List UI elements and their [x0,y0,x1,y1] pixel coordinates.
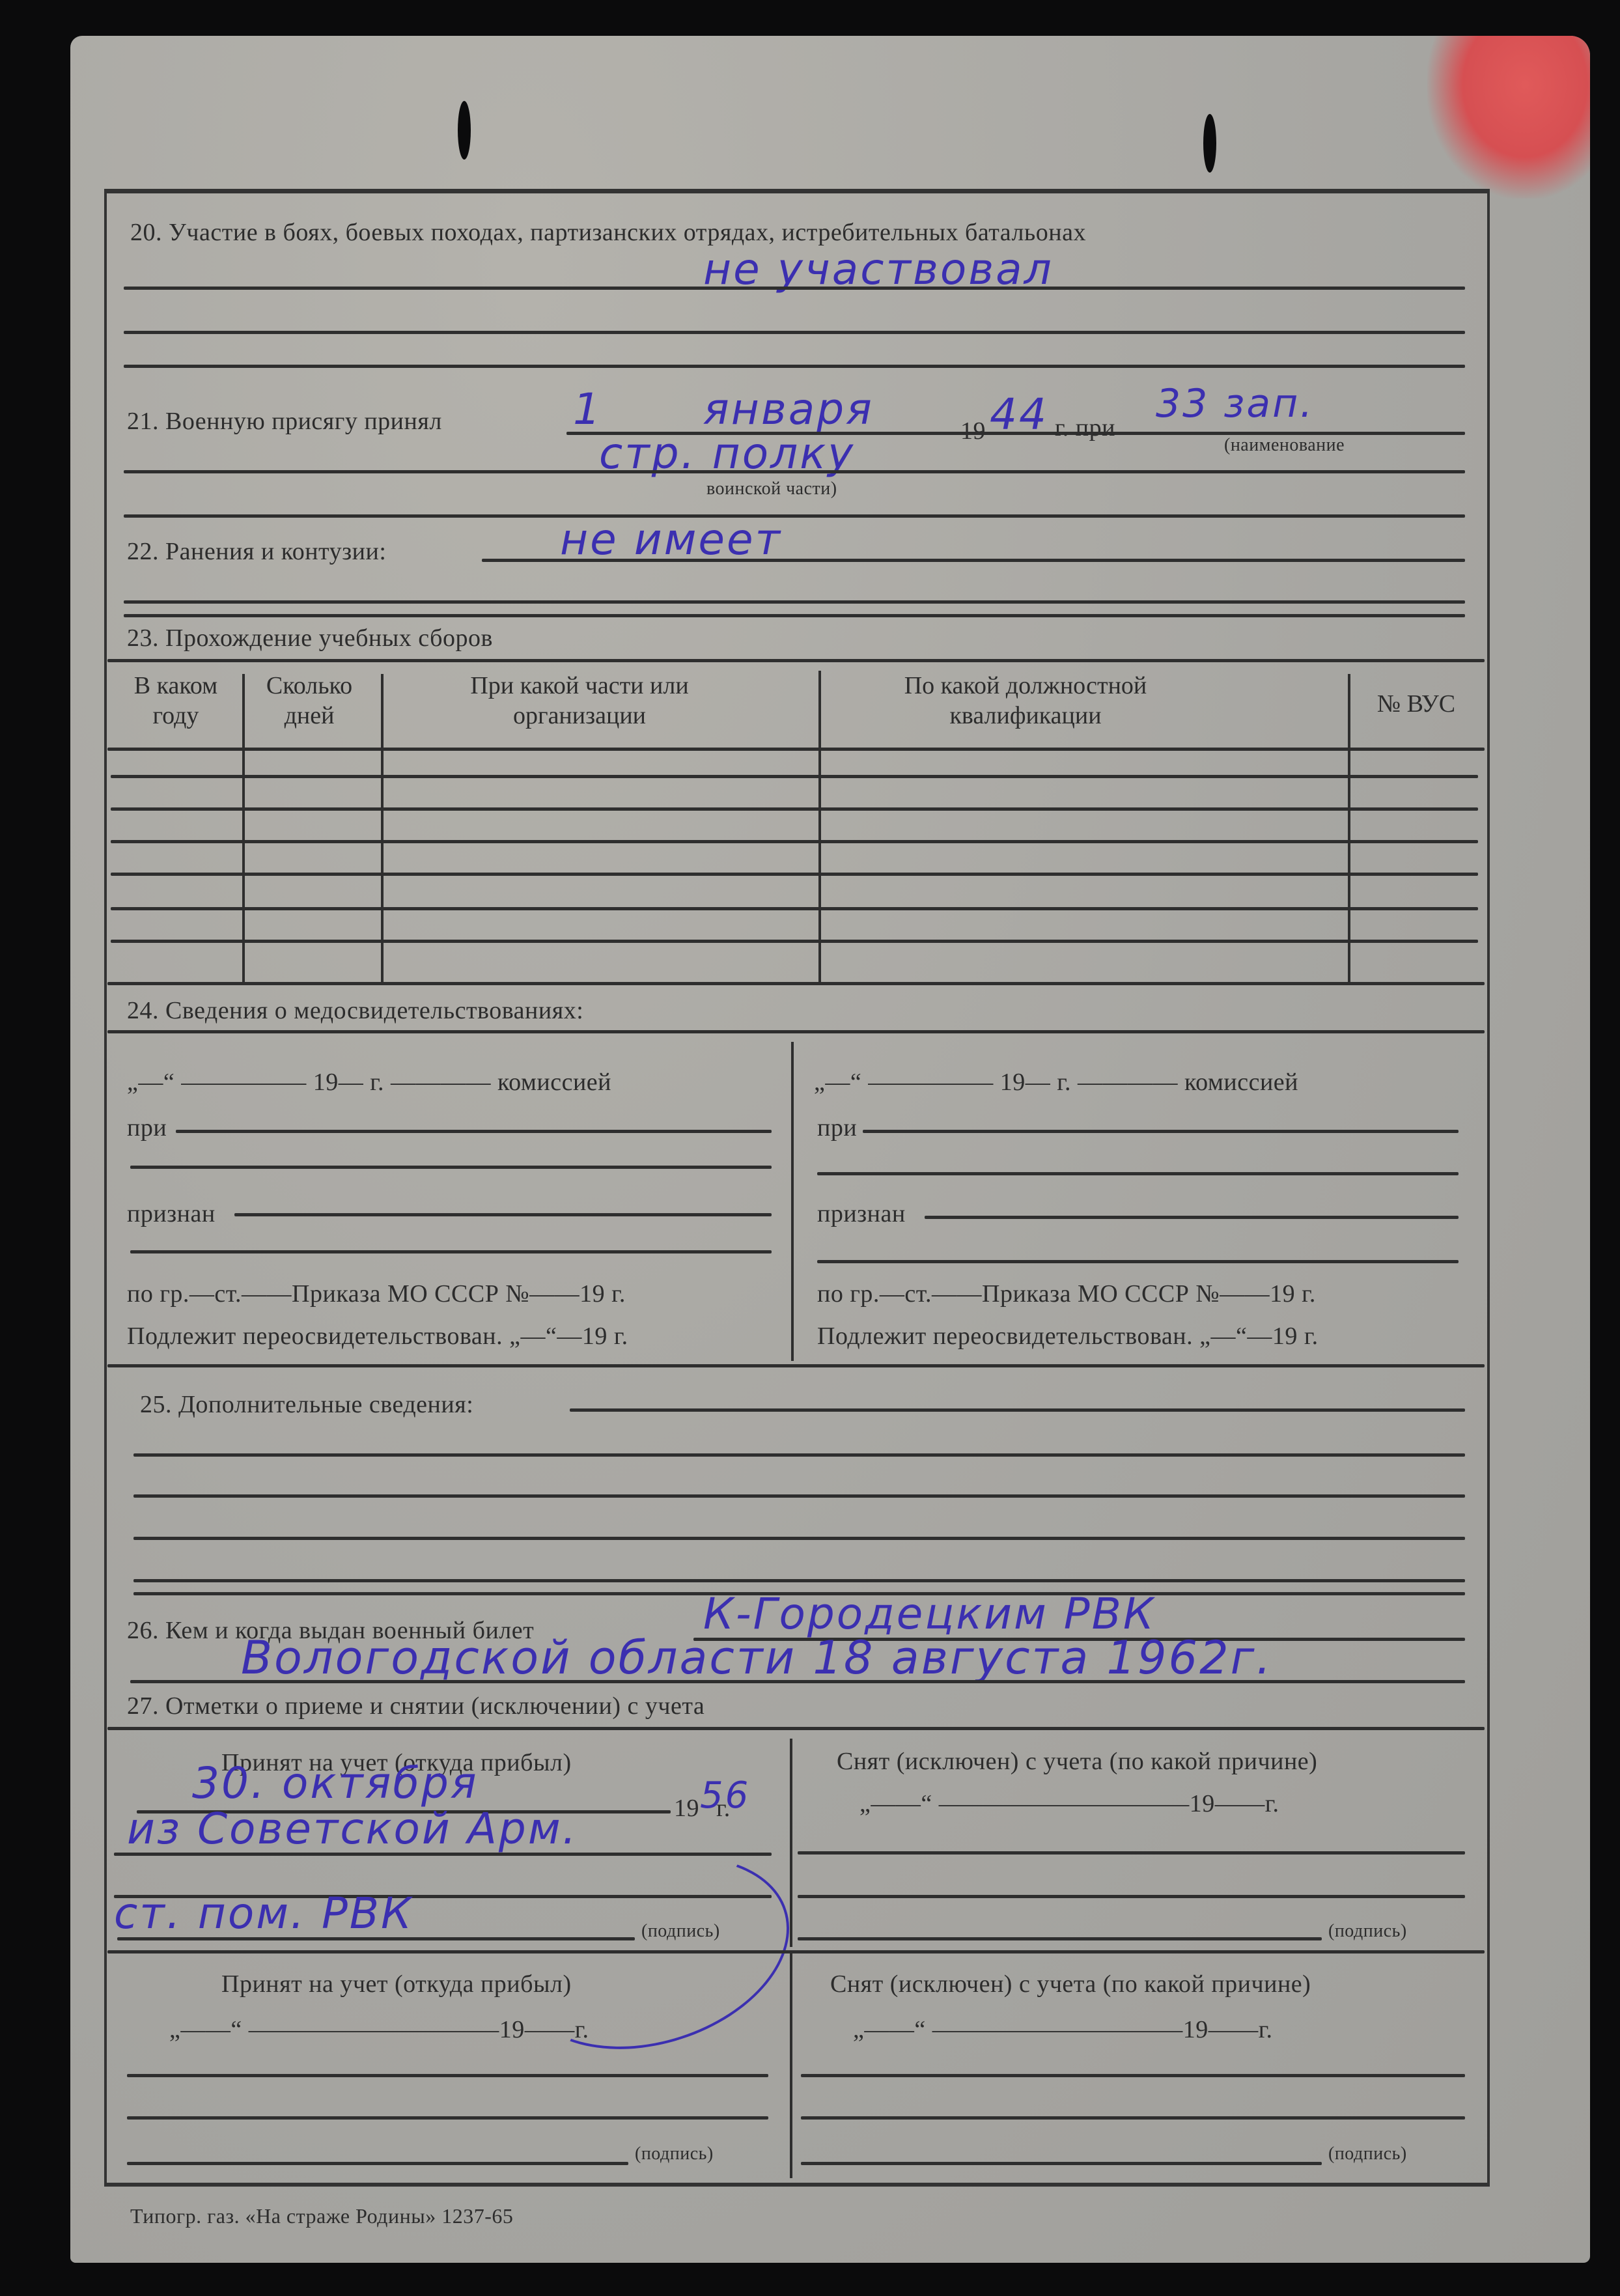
additional-line-3 [133,1494,1465,1498]
medical-left-priznan: признан [127,1199,216,1228]
wounds-line-3 [124,614,1465,617]
issued-by-line-2: Вологодской области 18 августа 1962г. [241,1631,1273,1685]
wounds-line-2 [124,600,1465,604]
additional-line-4 [133,1537,1465,1540]
col-header-days: Сколько дней [244,671,374,731]
punch-hole-left [458,101,471,160]
registry-top-line [107,1727,1485,1730]
registry-2-right-title: Снят (исключен) с учета (по какой причин… [830,1970,1311,1998]
table-row-line-6 [111,940,1478,943]
medical-right-line-2 [817,1172,1459,1175]
section-20-line-1 [124,287,1465,290]
medical-left-pri: при [127,1113,167,1142]
table-row-line-3 [111,840,1478,843]
table-bottom-border [107,982,1485,985]
registry-1-right-title: Снят (исключен) с учета (по какой причин… [837,1747,1317,1776]
registry-1-position: ст. пом. РВК [114,1888,413,1939]
registry-1-date: 30. октября [192,1758,479,1808]
red-stamp-mark [1427,36,1590,199]
table-row-line-5 [111,907,1478,910]
oath-day: 1 [573,384,602,434]
medical-left-order: по гр.—ст.——Приказа МО СССР №——19 г. [127,1280,626,1308]
medical-right-priznan: признан [817,1199,906,1228]
registry-middle-line [107,1950,1485,1953]
section-22-label: 22. Ранения и контузии: [127,537,386,566]
section-20-label: 20. Участие в боях, боевых походах, парт… [130,218,1086,247]
section-24-label: 24. Сведения о медосвидетельствованиях: [127,996,583,1025]
registry-2-left-signature-label: (подпись) [635,2144,714,2164]
registry-2-left-line-1 [127,2074,768,2077]
table-col-sep-2 [381,674,384,983]
table-row-line-4 [111,873,1478,876]
additional-line-5 [133,1579,1465,1582]
medical-left-line-3 [234,1213,772,1216]
section-27-label: 27. Отметки о приеме и снятии (исключени… [127,1692,705,1720]
medical-right-pri: при [817,1113,857,1142]
table-col-sep-3 [818,671,821,983]
section-20-line-3 [124,365,1465,368]
additional-line-2 [133,1453,1465,1457]
medical-right-line-4 [817,1260,1459,1263]
medical-bottom-line [107,1364,1485,1367]
wounds-line-1 [482,559,1465,562]
section-21-label: 21. Военную присягу принял [127,407,442,436]
registry-2-left-date: „——“ ——————————19——г. [169,2015,589,2044]
medical-left-line-2 [130,1166,772,1169]
registry-1-right-line-2 [798,1895,1465,1898]
registry-1-year-suffix: г. [716,1794,731,1823]
col-header-unit: При какой части или организации [404,671,755,731]
registry-2-left-title: Принят на учет (откуда прибыл) [221,1970,572,1998]
oath-year-suffix: г. при [1055,413,1115,442]
oath-year-prefix: 19 [960,417,986,445]
medical-top-line [107,1030,1485,1033]
medical-right-reexam: Подлежит переосвидетельствован. „—“—19 г… [817,1322,1319,1351]
medical-right-order: по гр.—ст.——Приказа МО СССР №——19 г. [817,1280,1316,1308]
medical-left-reexam: Подлежит переосвидетельствован. „—“—19 г… [127,1322,628,1351]
punch-hole-right [1203,114,1216,173]
registry-1-signature-label: (подпись) [641,1921,720,1942]
additional-line-1 [570,1408,1465,1412]
table-top-border [107,659,1485,662]
registry-2-right-signature-label: (подпись) [1328,2144,1407,2164]
registry-1-right-date: „——“ ——————————19——г. [859,1789,1279,1818]
medical-left-line-1 [176,1130,772,1133]
medical-left-line-4 [130,1250,772,1253]
registry-1-right-signature-label: (подпись) [1328,1921,1407,1942]
print-imprint: Типогр. газ. «На страже Родины» 1237-65 [130,2204,513,2228]
medical-right-date: „—“ ————— 19— г. ———— комиссией [814,1068,1298,1097]
medical-left-date: „—“ ————— 19— г. ———— комиссией [127,1068,611,1097]
registry-1-right-line-1 [798,1851,1465,1855]
table-row-line-1 [111,775,1478,778]
medical-right-line-3 [925,1216,1459,1219]
registry-1-line-2 [114,1853,772,1856]
table-col-sep-4 [1348,674,1350,983]
table-col-sep-1 [242,674,245,983]
registry-1-signature-line [117,1937,635,1940]
registry-divider-1 [790,1739,792,1947]
registry-1-right-signature-line [798,1937,1322,1940]
registry-2-right-date: „——“ ——————————19——г. [853,2015,1273,2044]
table-row-line-2 [111,807,1478,811]
registry-2-right-line-2 [801,2116,1465,2120]
section-20-line-2 [124,331,1465,334]
oath-line-3 [124,514,1465,518]
hint-military-unit: воинской части) [706,479,837,499]
col-header-year: В каком году [111,671,241,731]
registry-2-right-signature-line [801,2162,1322,2165]
section-25-label: 25. Дополнительные сведения: [140,1390,473,1419]
registry-2-left-signature-line [127,2162,628,2165]
registry-1-year-prefix: 19 [674,1794,699,1823]
wounds-answer: не имеет [560,514,782,565]
issued-line-2 [130,1680,1465,1683]
section-23-label: 23. Прохождение учебных сборов [127,624,493,652]
oath-unit-line-1: 33 зап. [1156,381,1314,427]
medical-right-line-1 [863,1130,1459,1133]
col-header-qualification: По какой должностной квалификации [846,671,1205,731]
registry-1-from: из Советской Арм. [127,1804,578,1854]
registry-2-right-line-1 [801,2074,1465,2077]
registry-2-left-line-2 [127,2116,768,2120]
oath-line-2 [124,470,1465,473]
table-header-bottom [107,748,1485,751]
hint-unit-name: (наименование [1224,435,1345,456]
oath-month: января [703,384,874,434]
col-header-vus: № ВУС [1351,689,1481,719]
medical-divider [791,1042,794,1361]
registry-divider-2 [790,1953,792,2178]
